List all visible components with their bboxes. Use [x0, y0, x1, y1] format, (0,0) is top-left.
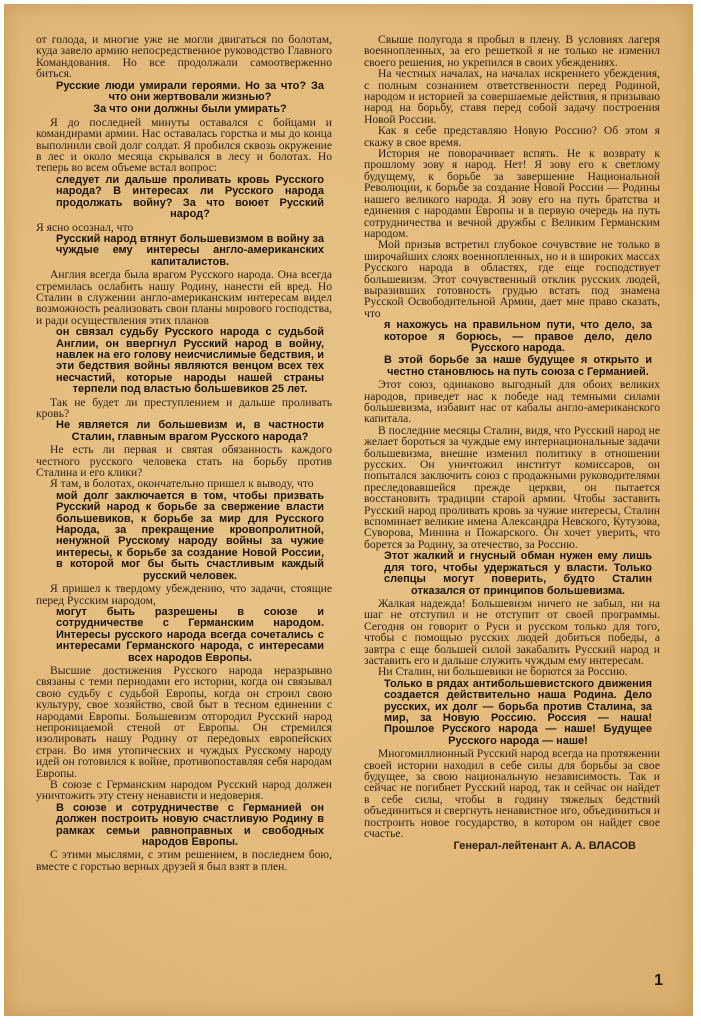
right-column: Свыше полугода я пробыл в плену. В услов…: [364, 34, 660, 853]
paragraph: Ни Сталин, ни большевики не борются за Р…: [364, 666, 660, 677]
highlighted-statement: За что они должны были умирать?: [36, 104, 332, 115]
paragraph: Англия всегда была врагом Русского народ…: [36, 269, 332, 326]
paragraph: На честных началах, на началах искреннег…: [364, 68, 660, 125]
paragraph: Этот союз, одинаково выгодный для обоих …: [364, 379, 660, 425]
left-column: от голода, и многие уже не могли двигать…: [36, 34, 332, 872]
highlighted-statement: Русские люди умирали героями. Но за что?…: [36, 81, 332, 104]
author-signature: Генерал-лейтенант А. А. ВЛАСОВ: [364, 841, 660, 852]
paragraph: Как я себе представляю Новую Россию? Об …: [364, 125, 660, 148]
paragraph: Высшие достижения Русского народа неразр…: [36, 665, 332, 779]
paragraph: Жалкая надежда! Большевизм ничего не заб…: [364, 598, 660, 666]
highlighted-statement: могут быть разрешены в союзе и сотруднич…: [36, 607, 332, 664]
highlighted-statement: В этой борьбе за наше будущее я открыто …: [364, 355, 660, 378]
paragraph: Мой призыв встретил глубокое сочувствие …: [364, 239, 660, 319]
highlighted-statement: мой долг заключается в том, чтобы призва…: [36, 491, 332, 582]
paragraph: Многомиллионный Русский народ всегда на …: [364, 748, 660, 839]
paragraph: Я до последней минуты оставался с бойцам…: [36, 117, 332, 174]
paragraph: Я пришел к твердому убеждению, что задач…: [36, 583, 332, 606]
highlighted-statement: я нахожусь на правильном пути, что дело,…: [364, 320, 660, 354]
paragraph: Я там, в болотах, окончательно пришел к …: [36, 478, 332, 489]
paragraph: В союзе с Германским народом Русский нар…: [36, 779, 332, 802]
highlighted-statement: В союзе и сотрудничестве с Германией он …: [36, 803, 332, 849]
highlighted-statement: Не является ли большевизм и, в частности…: [36, 420, 332, 443]
paragraph: В последние месяцы Сталин, видя, что Рус…: [364, 425, 660, 550]
paragraph: С этими мыслями, с этим решением, в посл…: [36, 849, 332, 872]
page-number: 1: [654, 972, 663, 990]
paragraph: Я ясно осознал, что: [36, 222, 332, 233]
paragraph: Так не будет ли преступлением и дальше п…: [36, 397, 332, 420]
newspaper-page: от голода, и многие уже не могли двигать…: [4, 4, 693, 1016]
paragraph: История не поворачивает вспять. Не к воз…: [364, 148, 660, 239]
highlighted-statement: Русский народ втянут большевизмом в войн…: [36, 234, 332, 268]
highlighted-statement: следует ли дальше проливать кровь Русско…: [36, 175, 332, 221]
highlighted-statement: Только в рядах антибольшевистского движе…: [364, 679, 660, 747]
highlighted-statement: он связал судьбу Русского народа с судьб…: [36, 327, 332, 395]
paragraph: Не есть ли первая и святая обязанность к…: [36, 444, 332, 478]
paragraph: Свыше полугода я пробыл в плену. В услов…: [364, 34, 660, 68]
highlighted-statement: Этот жалкий и гнусный обман нужен ему ли…: [364, 551, 660, 597]
paragraph: от голода, и многие уже не могли двигать…: [36, 34, 332, 80]
